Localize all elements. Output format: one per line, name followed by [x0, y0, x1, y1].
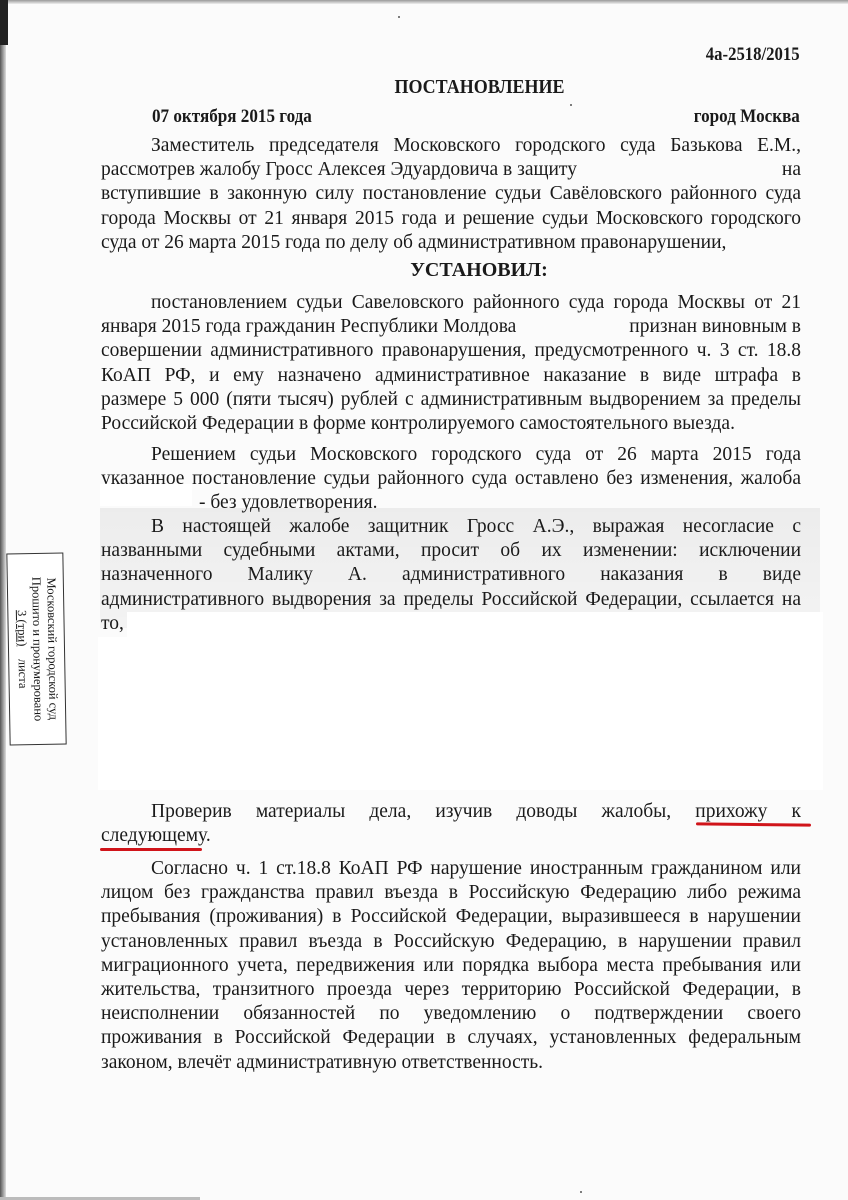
text-line-part: января 2015 года гражданин Республики Мо…	[101, 316, 516, 337]
text-line: Российской Федерации в форме контролируе…	[101, 412, 801, 436]
text-line: постановлением судьи Савеловского районн…	[101, 291, 801, 315]
text-line: законом, влечёт административную ответст…	[101, 1051, 801, 1075]
scan-edge-top	[0, 0, 848, 4]
text-line: следующему.	[101, 824, 801, 848]
document-city: город Москва	[694, 106, 800, 128]
text-line-part: рассмотрев жалобу Гросс Алексея Эдуардов…	[101, 159, 577, 180]
text-line: указанное постановление судьи районного …	[101, 467, 801, 491]
text-line: неисполнении обязанностей по уведомлению…	[101, 1002, 801, 1026]
section-heading-text: УСТАНОВИЛ:	[410, 259, 547, 282]
stamp-unit: листа	[15, 659, 30, 689]
text-line: суда от 26 марта 2015 года по делу об ад…	[101, 231, 801, 255]
scan-edge-left	[0, 0, 6, 1200]
document-title: ПОСТАНОВЛЕНИЕ	[0, 76, 848, 99]
text-line: рассмотрев жалобу Гросс Алексея Эдуардов…	[101, 158, 801, 182]
text-line: проживания в Российской Федерации в случ…	[101, 1026, 801, 1050]
text-line: размере 5 000 (пяти тысяч) рублей с адми…	[101, 388, 801, 412]
text-line: установленных правил въезда в Российскую…	[101, 930, 801, 954]
stamp-text: Московский городской суд Прошито и прону…	[12, 556, 60, 742]
redaction-box	[98, 637, 138, 790]
scan-speck	[580, 1191, 582, 1193]
text-line: КоАП РФ, и ему назначено административно…	[101, 364, 801, 388]
text-line: В настоящей жалобе защитник Гросс А.Э., …	[101, 515, 801, 539]
text-line: Проверив материалы дела, изучив доводы ж…	[101, 800, 801, 824]
stamp-count: 3 (три)	[14, 610, 29, 647]
text-line: административного выдворения за пределы …	[101, 588, 801, 612]
red-underline-annotation	[100, 848, 202, 851]
text-line: Заместитель председателя Московского гор…	[101, 134, 801, 158]
text-line: лицом без гражданства правил въезда в Ро…	[101, 881, 801, 905]
document-date: 07 октября 2015 года	[152, 106, 312, 128]
case-number: 4a-2518/2015	[706, 44, 800, 66]
paragraph-law-citation: Согласно ч. 1 ст.18.8 КоАП РФ нарушение …	[101, 857, 801, 1075]
scan-speck	[398, 16, 400, 18]
stamp-sewn: Прошито и пронумеровано	[27, 556, 45, 741]
scan-speck	[570, 104, 572, 106]
text-line: Согласно ч. 1 ст.18.8 КоАП РФ нарушение …	[101, 857, 801, 881]
text-line-part: на	[782, 158, 801, 182]
intro-paragraph: Заместитель председателя Московского гор…	[101, 134, 801, 255]
text-line: Решением судьи Московского городского су…	[101, 443, 801, 467]
document-title-text: ПОСТАНОВЛЕНИЕ	[394, 76, 564, 99]
text-line: названными судебными актами, просит об и…	[101, 539, 801, 563]
text-line: назначенного Малику А. административного…	[101, 563, 801, 587]
paragraph-ruling: постановлением судьи Савеловского районн…	[101, 291, 801, 436]
text-line: жительства, транзитного проезда через те…	[101, 978, 801, 1002]
paragraph-appeal-decision: Решением судьи Московского городского су…	[101, 443, 801, 516]
text-line: совершении административного правонаруше…	[101, 339, 801, 363]
binding-stamp: Московский городской суд Прошито и прону…	[6, 553, 66, 746]
text-line: вступившие в законную силу постановление…	[101, 182, 801, 206]
redaction-box	[127, 612, 823, 790]
text-line: миграционного учета, передвижения или по…	[101, 954, 801, 978]
text-line: пребывания (проживания) в Российской Фед…	[101, 905, 801, 929]
section-heading: УСТАНОВИЛ:	[0, 259, 848, 282]
text-line-part: признан виновным в	[629, 315, 801, 339]
text-line: города Москвы от 21 января 2015 года и р…	[101, 207, 801, 231]
redaction-box	[100, 484, 192, 506]
text-line: января 2015 года гражданин Республики Мо…	[101, 315, 801, 339]
scan-edge-corner	[0, 0, 8, 45]
